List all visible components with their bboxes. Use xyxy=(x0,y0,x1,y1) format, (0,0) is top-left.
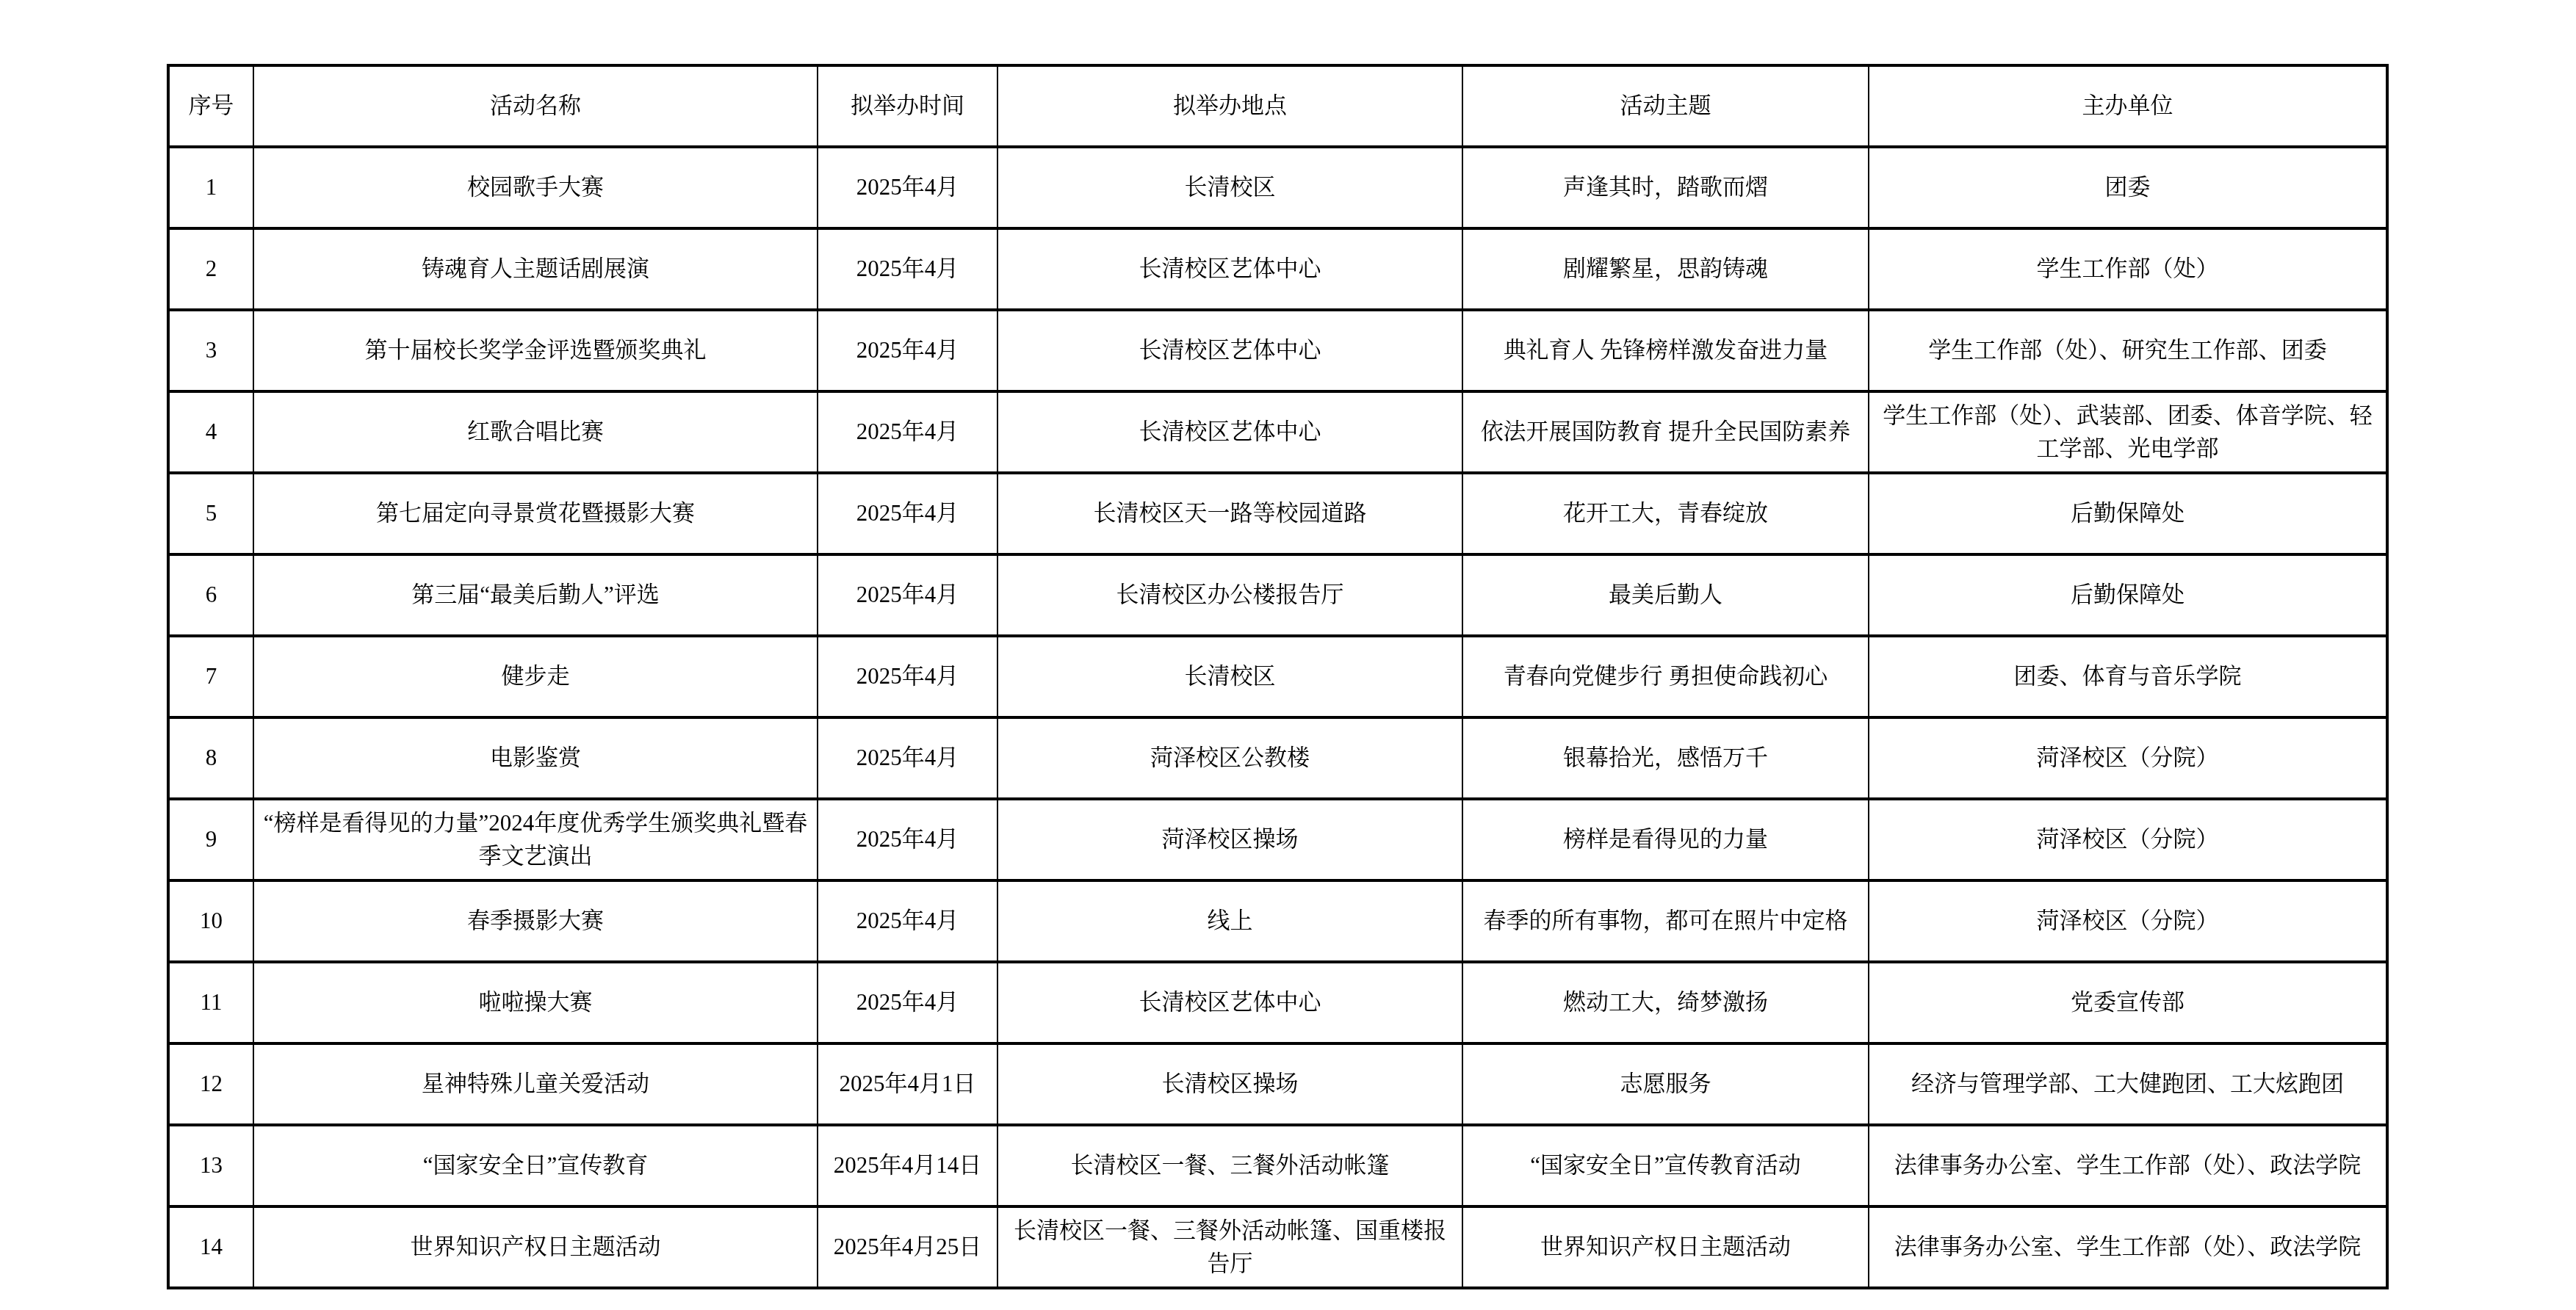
cell-theme: 典礼育人 先锋榜样激发奋进力量 xyxy=(1462,310,1869,391)
activity-schedule-table: 序号活动名称拟举办时间拟举办地点活动主题主办单位 1校园歌手大赛2025年4月长… xyxy=(167,64,2389,1289)
header-cell-organizer: 主办单位 xyxy=(1869,65,2387,147)
cell-time: 2025年4月 xyxy=(818,799,997,880)
cell-name: 第七届定向寻景赏花暨摄影大赛 xyxy=(253,473,818,554)
cell-name: 第十届校长奖学金评选暨颁奖典礼 xyxy=(253,310,818,391)
table-row: 2铸魂育人主题话剧展演2025年4月长清校区艺体中心剧耀繁星，思韵铸魂学生工作部… xyxy=(168,228,2387,310)
cell-name: 第三届“最美后勤人”评选 xyxy=(253,554,818,636)
cell-no: 6 xyxy=(168,554,253,636)
cell-time: 2025年4月14日 xyxy=(818,1125,997,1206)
cell-organizer: 后勤保障处 xyxy=(1869,554,2387,636)
cell-location: 线上 xyxy=(997,880,1462,962)
cell-name: 啦啦操大赛 xyxy=(253,962,818,1043)
cell-organizer: 法律事务办公室、学生工作部（处）、政法学院 xyxy=(1869,1125,2387,1206)
cell-name: 星神特殊儿童关爱活动 xyxy=(253,1043,818,1125)
cell-time: 2025年4月 xyxy=(818,147,997,228)
cell-organizer: 法律事务办公室、学生工作部（处）、政法学院 xyxy=(1869,1206,2387,1288)
cell-location: 长清校区艺体中心 xyxy=(997,310,1462,391)
cell-name: 铸魂育人主题话剧展演 xyxy=(253,228,818,310)
cell-location: 长清校区艺体中心 xyxy=(997,228,1462,310)
cell-location: 长清校区艺体中心 xyxy=(997,391,1462,473)
cell-location: 长清校区一餐、三餐外活动帐篷、国重楼报告厅 xyxy=(997,1206,1462,1288)
cell-theme: 春季的所有事物，都可在照片中定格 xyxy=(1462,880,1869,962)
cell-theme: 志愿服务 xyxy=(1462,1043,1869,1125)
cell-name: 校园歌手大赛 xyxy=(253,147,818,228)
table-row: 12星神特殊儿童关爱活动2025年4月1日长清校区操场志愿服务经济与管理学部、工… xyxy=(168,1043,2387,1125)
cell-organizer: 学生工作部（处）、研究生工作部、团委 xyxy=(1869,310,2387,391)
table-row: 10春季摄影大赛2025年4月线上春季的所有事物，都可在照片中定格菏泽校区（分院… xyxy=(168,880,2387,962)
table-row: 13“国家安全日”宣传教育2025年4月14日长清校区一餐、三餐外活动帐篷“国家… xyxy=(168,1125,2387,1206)
cell-organizer: 学生工作部（处）、武装部、团委、体音学院、轻工学部、光电学部 xyxy=(1869,391,2387,473)
table-row: 4红歌合唱比赛2025年4月长清校区艺体中心依法开展国防教育 提升全民国防素养学… xyxy=(168,391,2387,473)
cell-time: 2025年4月25日 xyxy=(818,1206,997,1288)
table-row: 7健步走2025年4月长清校区青春向党健步行 勇担使命践初心团委、体育与音乐学院 xyxy=(168,636,2387,717)
cell-name: 健步走 xyxy=(253,636,818,717)
cell-time: 2025年4月1日 xyxy=(818,1043,997,1125)
cell-time: 2025年4月 xyxy=(818,880,997,962)
cell-theme: 剧耀繁星，思韵铸魂 xyxy=(1462,228,1869,310)
cell-time: 2025年4月 xyxy=(818,228,997,310)
cell-organizer: 党委宣传部 xyxy=(1869,962,2387,1043)
header-cell-name: 活动名称 xyxy=(253,65,818,147)
cell-time: 2025年4月 xyxy=(818,554,997,636)
cell-organizer: 后勤保障处 xyxy=(1869,473,2387,554)
cell-no: 13 xyxy=(168,1125,253,1206)
header-cell-no: 序号 xyxy=(168,65,253,147)
table-row: 14世界知识产权日主题活动2025年4月25日长清校区一餐、三餐外活动帐篷、国重… xyxy=(168,1206,2387,1288)
cell-time: 2025年4月 xyxy=(818,717,997,799)
cell-theme: 燃动工大，绮梦激扬 xyxy=(1462,962,1869,1043)
cell-no: 7 xyxy=(168,636,253,717)
cell-time: 2025年4月 xyxy=(818,962,997,1043)
cell-name: “榜样是看得见的力量”2024年度优秀学生颁奖典礼暨春季文艺演出 xyxy=(253,799,818,880)
table-row: 9“榜样是看得见的力量”2024年度优秀学生颁奖典礼暨春季文艺演出2025年4月… xyxy=(168,799,2387,880)
cell-location: 菏泽校区公教楼 xyxy=(997,717,1462,799)
cell-organizer: 团委 xyxy=(1869,147,2387,228)
cell-no: 10 xyxy=(168,880,253,962)
cell-location: 长清校区 xyxy=(997,636,1462,717)
cell-organizer: 菏泽校区（分院） xyxy=(1869,880,2387,962)
cell-organizer: 菏泽校区（分院） xyxy=(1869,717,2387,799)
cell-theme: “国家安全日”宣传教育活动 xyxy=(1462,1125,1869,1206)
cell-theme: 榜样是看得见的力量 xyxy=(1462,799,1869,880)
cell-theme: 声逢其时，踏歌而熠 xyxy=(1462,147,1869,228)
cell-no: 2 xyxy=(168,228,253,310)
cell-no: 3 xyxy=(168,310,253,391)
cell-time: 2025年4月 xyxy=(818,310,997,391)
cell-theme: 最美后勤人 xyxy=(1462,554,1869,636)
table-row: 5第七届定向寻景赏花暨摄影大赛2025年4月长清校区天一路等校园道路花开工大，青… xyxy=(168,473,2387,554)
cell-no: 12 xyxy=(168,1043,253,1125)
cell-name: 红歌合唱比赛 xyxy=(253,391,818,473)
header-cell-time: 拟举办时间 xyxy=(818,65,997,147)
cell-theme: 青春向党健步行 勇担使命践初心 xyxy=(1462,636,1869,717)
table-row: 1校园歌手大赛2025年4月长清校区声逢其时，踏歌而熠团委 xyxy=(168,147,2387,228)
cell-time: 2025年4月 xyxy=(818,391,997,473)
cell-location: 长清校区一餐、三餐外活动帐篷 xyxy=(997,1125,1462,1206)
header-cell-theme: 活动主题 xyxy=(1462,65,1869,147)
cell-location: 长清校区办公楼报告厅 xyxy=(997,554,1462,636)
cell-time: 2025年4月 xyxy=(818,636,997,717)
document-page: 序号活动名称拟举办时间拟举办地点活动主题主办单位 1校园歌手大赛2025年4月长… xyxy=(0,0,2576,1310)
cell-time: 2025年4月 xyxy=(818,473,997,554)
table-header-row: 序号活动名称拟举办时间拟举办地点活动主题主办单位 xyxy=(168,65,2387,147)
cell-theme: 依法开展国防教育 提升全民国防素养 xyxy=(1462,391,1869,473)
table-row: 11啦啦操大赛2025年4月长清校区艺体中心燃动工大，绮梦激扬党委宣传部 xyxy=(168,962,2387,1043)
header-cell-location: 拟举办地点 xyxy=(997,65,1462,147)
cell-theme: 银幕拾光，感悟万千 xyxy=(1462,717,1869,799)
cell-name: “国家安全日”宣传教育 xyxy=(253,1125,818,1206)
cell-location: 长清校区操场 xyxy=(997,1043,1462,1125)
cell-name: 世界知识产权日主题活动 xyxy=(253,1206,818,1288)
cell-theme: 世界知识产权日主题活动 xyxy=(1462,1206,1869,1288)
cell-no: 8 xyxy=(168,717,253,799)
cell-organizer: 菏泽校区（分院） xyxy=(1869,799,2387,880)
table-row: 3第十届校长奖学金评选暨颁奖典礼2025年4月长清校区艺体中心典礼育人 先锋榜样… xyxy=(168,310,2387,391)
activity-schedule-sheet: 序号活动名称拟举办时间拟举办地点活动主题主办单位 1校园歌手大赛2025年4月长… xyxy=(167,64,2389,1289)
table-row: 8电影鉴赏2025年4月菏泽校区公教楼银幕拾光，感悟万千菏泽校区（分院） xyxy=(168,717,2387,799)
table-row: 6第三届“最美后勤人”评选2025年4月长清校区办公楼报告厅最美后勤人后勤保障处 xyxy=(168,554,2387,636)
cell-no: 1 xyxy=(168,147,253,228)
cell-location: 长清校区艺体中心 xyxy=(997,962,1462,1043)
cell-no: 9 xyxy=(168,799,253,880)
cell-location: 菏泽校区操场 xyxy=(997,799,1462,880)
cell-organizer: 团委、体育与音乐学院 xyxy=(1869,636,2387,717)
cell-no: 14 xyxy=(168,1206,253,1288)
cell-no: 5 xyxy=(168,473,253,554)
cell-name: 春季摄影大赛 xyxy=(253,880,818,962)
cell-organizer: 经济与管理学部、工大健跑团、工大炫跑团 xyxy=(1869,1043,2387,1125)
cell-no: 4 xyxy=(168,391,253,473)
cell-location: 长清校区 xyxy=(997,147,1462,228)
cell-name: 电影鉴赏 xyxy=(253,717,818,799)
cell-organizer: 学生工作部（处） xyxy=(1869,228,2387,310)
cell-theme: 花开工大，青春绽放 xyxy=(1462,473,1869,554)
cell-location: 长清校区天一路等校园道路 xyxy=(997,473,1462,554)
cell-no: 11 xyxy=(168,962,253,1043)
